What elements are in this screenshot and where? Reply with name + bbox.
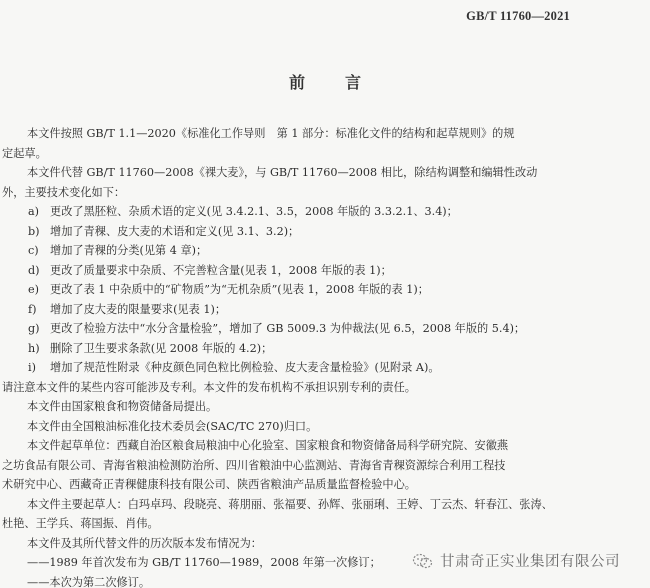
item-text: 增加了青稞的分类(见第 4 章)； — [50, 241, 207, 261]
paragraph-line: 本文件按照 GB/T 1.1—2020《标准化工作导则 第 1 部分：标准化文件… — [2, 124, 602, 144]
item-text: 增加了规范性附录《种皮颜色同色粒比例检验、皮大麦含量检验》(见附录 A)。 — [50, 358, 440, 378]
drafters-line: 本文件主要起草人：白玛卓玛、段晓亮、蒋朋丽、张福要、孙辉、张丽琍、王婷、丁云杰、… — [2, 495, 602, 515]
drafters-line: 杜艳、王学兵、蒋国振、肖伟。 — [2, 514, 602, 534]
item-text: 增加了青稞、皮大麦的术语和定义(见 3.1、3.2)； — [50, 222, 299, 242]
item-label: g) — [28, 319, 50, 339]
watermark-text: 甘肃奇正实业集团有限公司 — [440, 550, 620, 571]
history-item: ——本次为第二次修订。 — [2, 573, 602, 588]
page-title: 前言 — [0, 70, 650, 93]
change-item: f)增加了皮大麦的限量要求(见表 1)； — [2, 300, 602, 320]
item-text: 更改了表 1 中杂质中的“矿物质”为“无机杂质”(见表 1，2008 年版的表 … — [50, 280, 429, 300]
patent-notice: 请注意本文件的某些内容可能涉及专利。本文件的发布机构不承担识别专利的责任。 — [2, 378, 602, 398]
drafting-units-line: 本文件起草单位：西藏自治区粮食局粮油中心化验室、国家粮食和物资储备局科学研究院、… — [2, 436, 602, 456]
watermark: 甘肃奇正实业集团有限公司 — [412, 550, 620, 571]
item-label: a) — [28, 202, 50, 222]
item-text: 增加了皮大麦的限量要求(见表 1)； — [50, 300, 226, 320]
item-label: c) — [28, 241, 50, 261]
drafting-units-line: 之坊食品有限公司、青海省粮油检测防治所、四川省粮油中心监测站、青海省青稞资源综合… — [2, 456, 602, 476]
item-label: i) — [28, 358, 50, 378]
change-item: b)增加了青稞、皮大麦的术语和定义(见 3.1、3.2)； — [2, 222, 602, 242]
paragraph-line: 本文件代替 GB/T 11760—2008《裸大麦》，与 GB/T 11760—… — [2, 163, 602, 183]
change-item: i)增加了规范性附录《种皮颜色同色粒比例检验、皮大麦含量检验》(见附录 A)。 — [2, 358, 602, 378]
wechat-icon — [412, 552, 434, 570]
title-char-1: 前 — [289, 73, 305, 92]
change-item: h)删除了卫生要求条款(见 2008 年版的 4.2)； — [2, 339, 602, 359]
change-item: e)更改了表 1 中杂质中的“矿物质”为“无机杂质”(见表 1，2008 年版的… — [2, 280, 602, 300]
paragraph-line: 定起草。 — [2, 144, 602, 164]
centralized-by: 本文件由全国粮油标准化技术委员会(SAC/TC 270)归口。 — [2, 417, 602, 437]
item-label: d) — [28, 261, 50, 281]
item-label: f) — [28, 300, 50, 320]
drafting-units-line: 术研究中心、西藏奇正青稞健康科技有限公司、陕西省粮油产品质量监督检验中心。 — [2, 475, 602, 495]
item-text: 更改了黑胚粒、杂质术语的定义(见 3.4.2.1、3.5，2008 年版的 3.… — [50, 202, 458, 222]
paragraph-line: 外，主要技术变化如下： — [2, 183, 602, 203]
item-label: e) — [28, 280, 50, 300]
change-item: d)更改了质量要求中杂质、不完善粒含量(见表 1，2008 年版的表 1)； — [2, 261, 602, 281]
document-page: GB/T 11760—2021 前言 本文件按照 GB/T 1.1—2020《标… — [0, 0, 650, 588]
standard-code: GB/T 11760—2021 — [466, 9, 570, 24]
change-item: a)更改了黑胚粒、杂质术语的定义(见 3.4.2.1、3.5，2008 年版的 … — [2, 202, 602, 222]
change-item: g)更改了检验方法中“水分含量检验”，增加了 GB 5009.3 为仲裁法(见 … — [2, 319, 602, 339]
title-char-2: 言 — [345, 73, 361, 92]
proposed-by: 本文件由国家粮食和物资储备局提出。 — [2, 397, 602, 417]
item-text: 删除了卫生要求条款(见 2008 年版的 4.2)； — [50, 339, 272, 359]
foreword-body: 本文件按照 GB/T 1.1—2020《标准化工作导则 第 1 部分：标准化文件… — [2, 124, 602, 588]
change-item: c)增加了青稞的分类(见第 4 章)； — [2, 241, 602, 261]
item-text: 更改了质量要求中杂质、不完善粒含量(见表 1，2008 年版的表 1)； — [50, 261, 392, 281]
item-label: h) — [28, 339, 50, 359]
item-label: b) — [28, 222, 50, 242]
item-text: 更改了检验方法中“水分含量检验”，增加了 GB 5009.3 为仲裁法(见 6.… — [50, 319, 525, 339]
